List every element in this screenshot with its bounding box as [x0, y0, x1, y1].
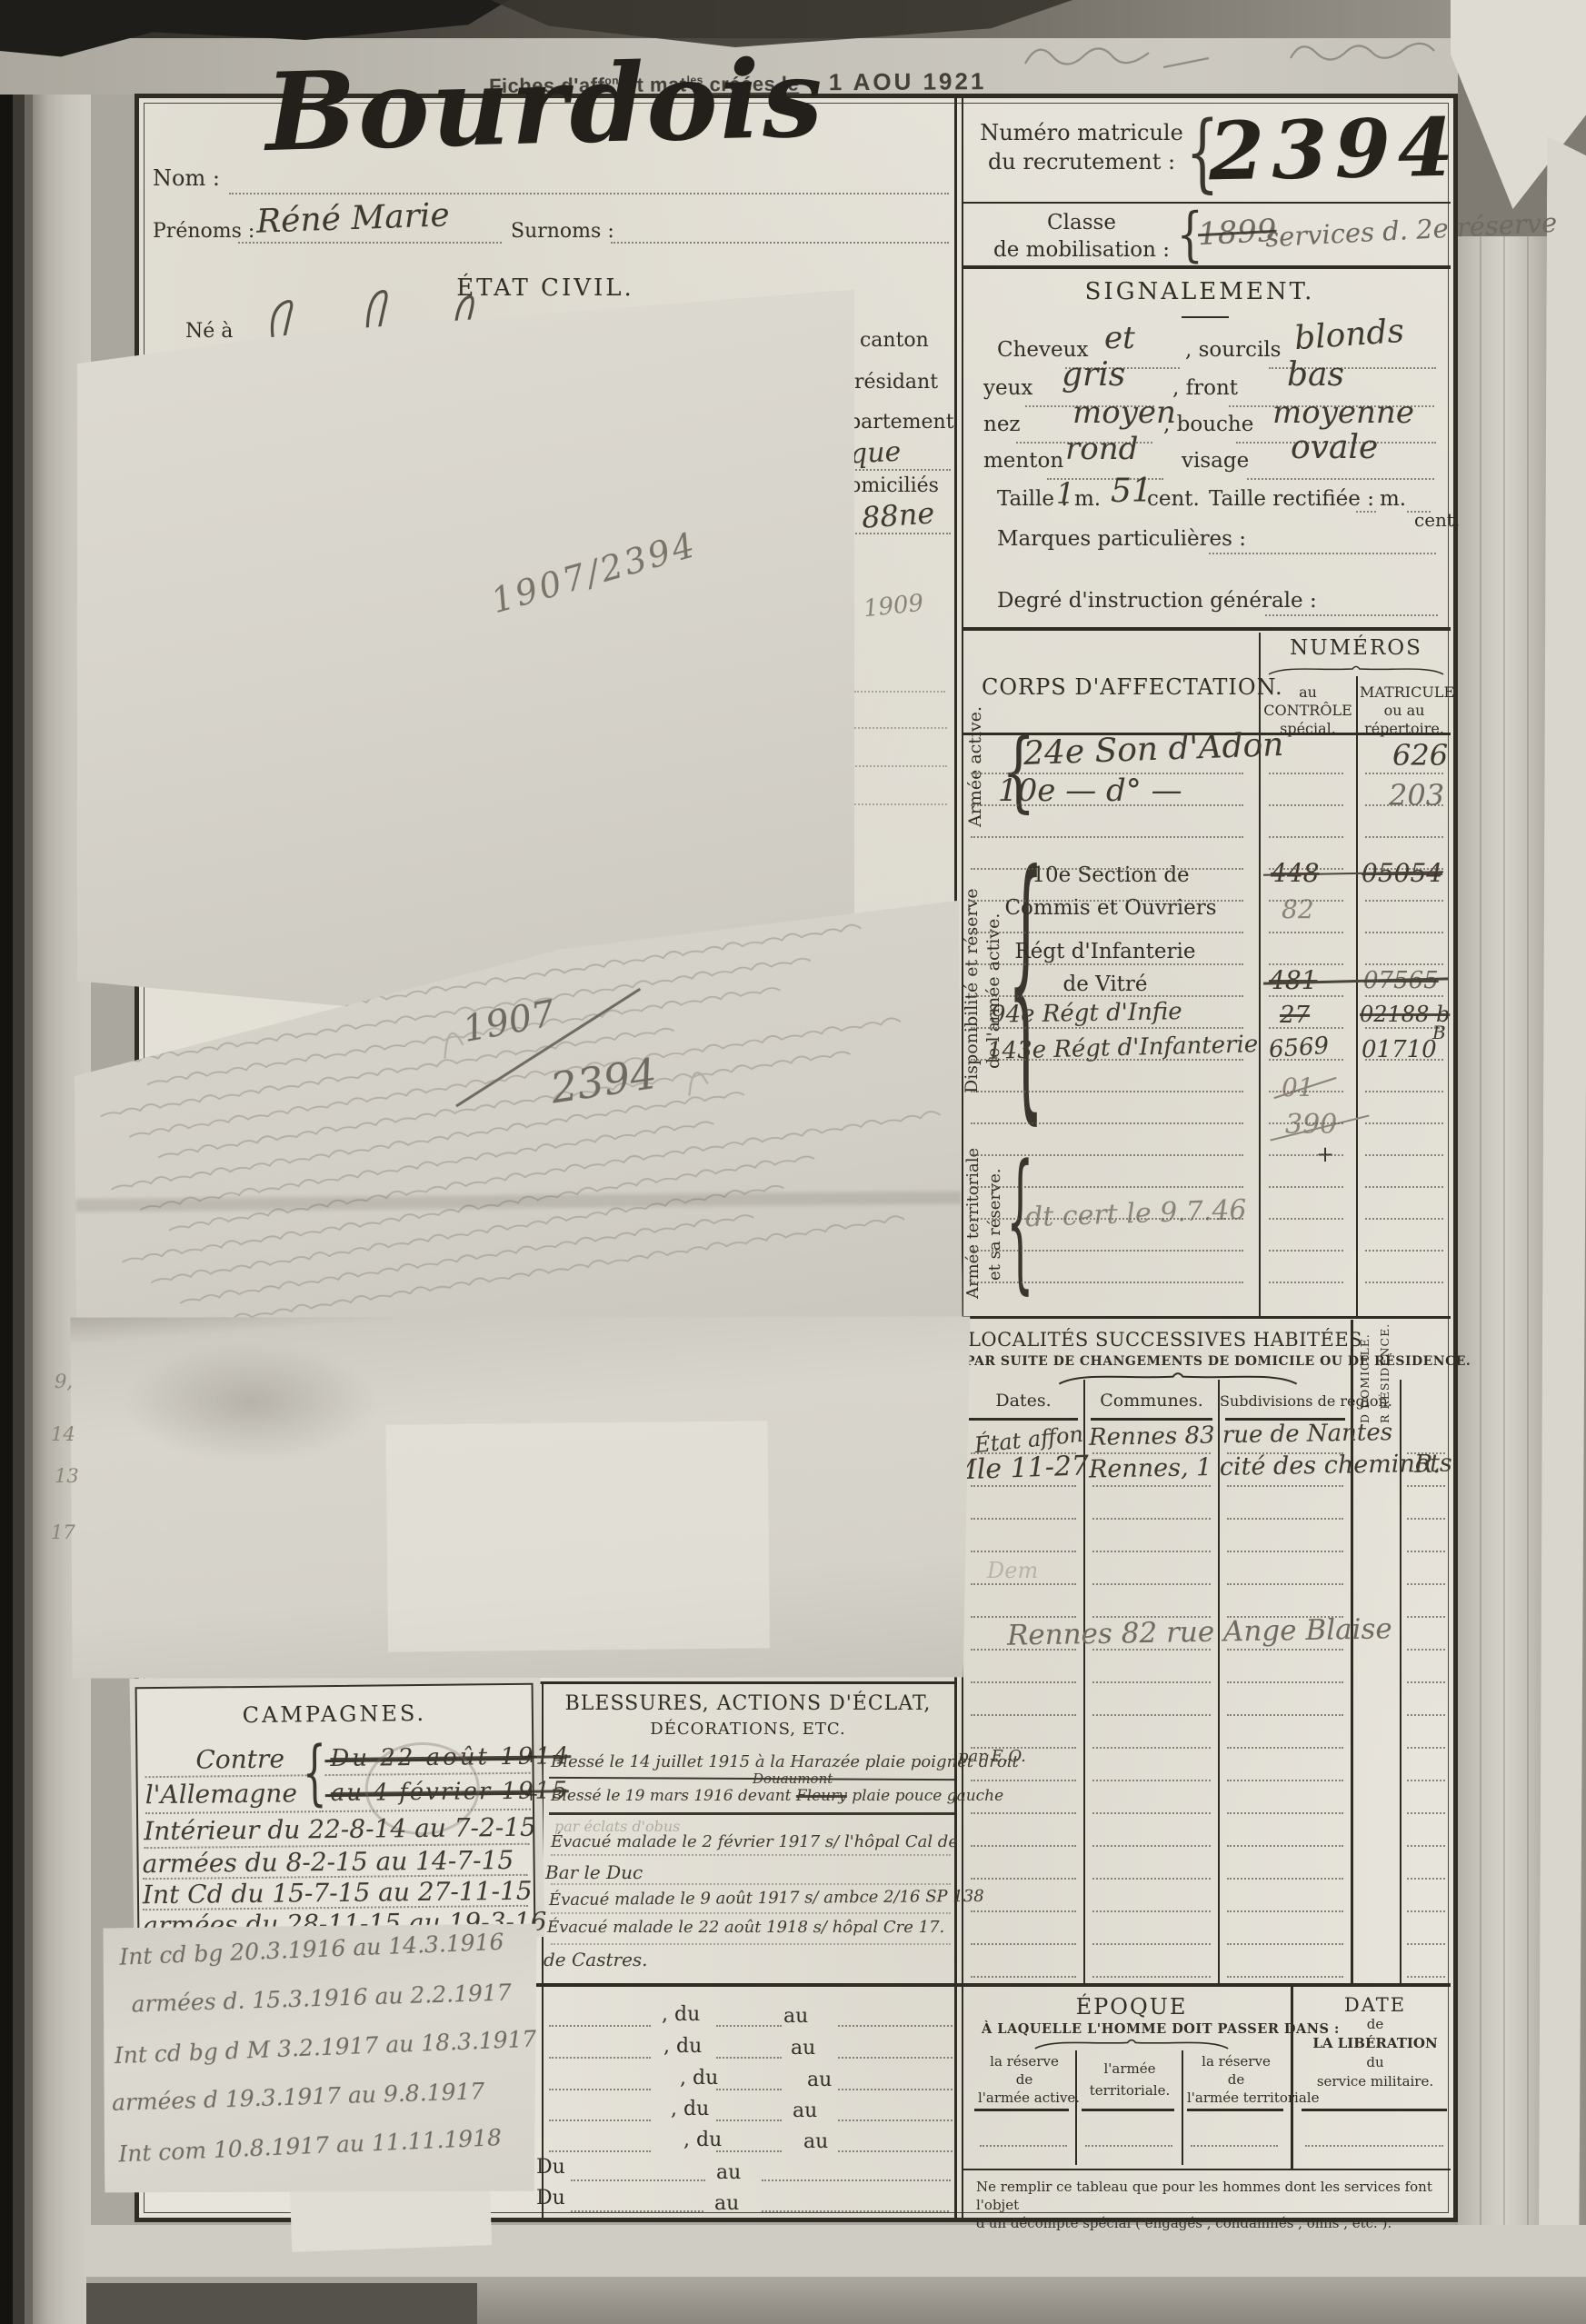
dotted-line — [1092, 1878, 1211, 1880]
blessures-line5: Évacué malade le 22 août 1918 s/ hôpal C… — [547, 1918, 944, 1937]
epoque-header-rule3 — [1187, 2109, 1283, 2111]
dotted-line — [1365, 1282, 1443, 1283]
matricule-label: Numéro matriculedu recrutement : — [977, 118, 1186, 176]
dotted-line — [1365, 1027, 1443, 1029]
dotted-line — [971, 1976, 1076, 1978]
taille-cm-unit: cent. — [1147, 487, 1200, 511]
dotted-line — [838, 2089, 953, 2090]
prenoms-value: Réné Marie — [255, 196, 450, 240]
overlay-paper-lower — [68, 1311, 971, 1685]
dotted-line — [1407, 1518, 1445, 1520]
taille-m-unit: m. — [1074, 487, 1101, 511]
dotted-line — [971, 804, 1243, 806]
duau-row3-au: au — [807, 2069, 832, 2091]
degre-line — [1265, 614, 1438, 616]
dotted-line — [971, 1154, 1243, 1156]
dotted-line — [971, 1910, 1076, 1912]
margin-mark-3: 13 — [55, 1465, 79, 1487]
dotted-line — [1365, 1186, 1443, 1188]
marques-label: Marques particulières : — [997, 527, 1246, 551]
epoque-date-divider — [1291, 1987, 1293, 2169]
dotted-line — [1092, 1681, 1211, 1683]
dotted-line — [1365, 1059, 1443, 1061]
dotted-line — [971, 1091, 1243, 1092]
dotted-line — [838, 2150, 953, 2152]
classe-label: Classede mobilisation : — [977, 209, 1186, 264]
dotted-line — [1407, 1551, 1445, 1552]
dotted-line — [1407, 1452, 1445, 1454]
taille-rect-label: Taille rectifiée : — [1209, 487, 1374, 511]
campagne-note-2: armées d. 15.3.1916 au 2.2.1917 — [131, 1979, 512, 2017]
duau-row4-du: , du — [671, 2098, 709, 2120]
localites-row2-date: Mle 11-27 — [948, 1450, 1089, 1486]
blessures-dots3 — [551, 1912, 951, 1914]
blessures-title-line1: BLESSURES, ACTIONS D'ÉCLAT, — [553, 1692, 943, 1715]
dotted-line — [1191, 2145, 1278, 2147]
localites-subtitle: PAR SUITE DE CHANGEMENTS DE DOMICILE OU … — [965, 1354, 1365, 1369]
corps-row5-controle: 27 — [1280, 1002, 1310, 1029]
dotted-line — [1227, 1845, 1343, 1847]
dotted-line — [971, 1943, 1076, 1945]
corps-bottom-rule — [962, 1316, 1451, 1319]
corps-col-line2 — [1356, 676, 1358, 1318]
dotted-line — [1269, 1186, 1343, 1188]
signalement-title-dash — [1182, 316, 1229, 318]
dotted-line — [762, 2179, 951, 2181]
yeux-value: gris — [1062, 356, 1125, 394]
blessures-line1: Blessé le 14 juillet 1915 à la Harazée p… — [551, 1752, 1019, 1771]
dotted-line — [1269, 1282, 1343, 1283]
dotted-line — [1407, 1485, 1445, 1487]
dotted-line — [1407, 1878, 1445, 1880]
dotted-line — [549, 2025, 651, 2027]
dotted-line — [1407, 1780, 1445, 1781]
corps-row6-sup: B — [1432, 1022, 1446, 1043]
dotted-line — [971, 1186, 1243, 1188]
dotted-line — [1365, 1122, 1443, 1124]
dotted-line — [1092, 1747, 1211, 1749]
campagne-note-1: Int cd bg 20.3.1916 au 14.3.1916 — [119, 1929, 504, 1970]
duau-row2-au: au — [791, 2037, 815, 2060]
dotted-line — [971, 836, 1243, 838]
epoque-col1-header: la réservedel'armée active. — [978, 2052, 1071, 2107]
yeux-label: yeux — [983, 376, 1032, 400]
dotted-line — [1365, 804, 1443, 806]
taille-rect-m-line — [1356, 511, 1376, 513]
dotted-line — [1269, 1218, 1343, 1220]
blessures-line2-sup: Douaumont — [753, 1770, 833, 1787]
epoque-top-rule — [532, 1983, 1451, 1987]
corps-title: CORPS D'AFFECTATION. — [982, 674, 1254, 700]
dotted-line — [971, 1616, 1076, 1618]
dotted-line — [1227, 1518, 1343, 1520]
dotted-line — [1092, 1780, 1211, 1781]
dotted-line — [1092, 1943, 1211, 1945]
dotted-line — [980, 2145, 1067, 2147]
blessures-line5b: de Castres. — [544, 1949, 648, 1970]
blessures-line1-margin: par E.O. — [958, 1747, 1026, 1766]
overlay-paper-lower-stain — [124, 1343, 379, 1463]
localites-header-rule2 — [1091, 1418, 1212, 1421]
dotted-line — [1365, 1218, 1443, 1220]
corps-row1-matricule: 626 — [1392, 738, 1448, 773]
dotted-line — [1092, 1583, 1211, 1585]
dotted-line — [971, 1059, 1243, 1061]
epoque-bottom-rule — [962, 2169, 1451, 2170]
campagnes-allemagne: l'Allemagne — [145, 1778, 297, 1810]
dotted-line — [1407, 1616, 1445, 1618]
dotted-line — [971, 1714, 1076, 1716]
menton-label: menton — [983, 449, 1063, 473]
dotted-line — [1407, 1812, 1445, 1814]
surname-script: Bourdois — [264, 35, 825, 175]
marques-line — [1209, 553, 1436, 554]
dotted-line — [1269, 773, 1343, 774]
dotted-line — [1227, 1452, 1343, 1454]
dotted-line — [971, 1747, 1076, 1749]
dotted-line — [971, 1027, 1243, 1029]
campagnes-line1: Intérieur du 22-8-14 au 7-2-15 — [144, 1812, 536, 1847]
blessures-dots2 — [551, 1883, 951, 1885]
blessures-line3: Évacué malade le 2 février 1917 s/ l'hôp… — [551, 1832, 958, 1851]
cheveux-value: et — [1104, 320, 1135, 356]
front-value: bas — [1287, 356, 1344, 394]
dotted-line — [1407, 1845, 1445, 1847]
nom-label: Nom : — [153, 165, 220, 191]
dotted-line — [1227, 1910, 1343, 1912]
duau-row7-au: au — [714, 2192, 739, 2215]
dotted-line — [1407, 1910, 1445, 1912]
nom-line — [229, 193, 949, 194]
dotted-line — [971, 1681, 1076, 1683]
dotted-line — [1365, 1250, 1443, 1252]
dotted-line — [1365, 1091, 1443, 1092]
dotted-line — [1269, 900, 1343, 902]
dotted-line — [1092, 1812, 1211, 1814]
dotted-line — [1227, 1551, 1343, 1552]
dotted-line — [762, 2210, 949, 2212]
dotted-line — [1365, 868, 1443, 870]
taille-m-value: 1 — [1056, 476, 1074, 511]
campagne-note-3: Int cd bg d M 3.2.1917 au 18.3.1917 — [114, 2026, 537, 2070]
dotted-line — [1227, 1485, 1343, 1487]
dotted-line — [1269, 836, 1343, 838]
dotted-line — [1407, 1583, 1445, 1585]
blessures-dots1 — [551, 1854, 951, 1856]
visage-line — [1247, 478, 1434, 480]
dotted-line — [838, 2120, 953, 2121]
front-label: , front — [1172, 376, 1238, 400]
dotted-line — [1407, 1747, 1445, 1749]
dotted-line — [971, 1583, 1076, 1585]
duau-row5-du: , du — [683, 2129, 722, 2151]
nez-value: moyen — [1072, 394, 1176, 431]
dotted-line — [971, 1878, 1076, 1880]
epoque-col2-header: l'arméeterritoriale. — [1083, 2058, 1176, 2101]
frag-dots6 — [854, 727, 947, 729]
overlay-paper-top-reference: 1907/2394 — [486, 524, 701, 622]
corps-row4-line1: Régt d'Infanterie — [996, 940, 1214, 963]
epoque-subtitle: À LAQUELLE L'HOMME DOIT PASSER DANS : — [982, 2021, 1282, 2037]
prenoms-label: Prénoms : — [153, 220, 254, 243]
sourcils-value: blonds — [1293, 313, 1406, 357]
dotted-line — [971, 1812, 1076, 1814]
margin-mark-2: 14 — [51, 1423, 75, 1445]
dotted-line — [1085, 2145, 1172, 2147]
dotted-line — [1269, 1059, 1343, 1061]
dotted-line — [971, 1485, 1076, 1487]
matricule-value: 2394 — [1208, 100, 1461, 199]
dotted-line — [971, 932, 1243, 933]
taille-rect-m-unit: m. — [1380, 487, 1406, 511]
numeros-header: NUMÉROS — [1265, 636, 1447, 660]
dotted-line — [971, 1250, 1243, 1252]
classe-bottom-rule — [963, 265, 1451, 269]
dotted-line — [1227, 1681, 1343, 1683]
dotted-line — [549, 2120, 651, 2121]
bouche-label: , bouche — [1163, 413, 1253, 436]
epoque-footnote: Ne remplir ce tableau que pour les homme… — [976, 2178, 1449, 2232]
dotted-line — [1092, 1616, 1211, 1618]
bottom-dark-left — [86, 2283, 477, 2324]
duau-row6-du: Du — [536, 2156, 565, 2179]
blessures-dots4 — [551, 1943, 951, 1945]
frag-dots5 — [854, 691, 945, 693]
dotted-line — [1407, 1943, 1445, 1945]
territoriale-label-line1: Armée territoriale — [963, 1147, 983, 1300]
duau-row4-au: au — [793, 2100, 817, 2122]
dotted-line — [1092, 1485, 1211, 1487]
campagne-note-4: armées d 19.3.1917 au 9.8.1917 — [112, 2078, 485, 2116]
corps-row3-controle2: 82 — [1282, 894, 1314, 924]
corps-row2-matricule: 203 — [1389, 778, 1444, 813]
dotted-line — [1407, 1714, 1445, 1716]
dotted-line — [549, 2150, 651, 2152]
dotted-line — [1092, 1910, 1211, 1912]
signalement-bottom-rule — [963, 627, 1451, 631]
dotted-line — [1227, 1714, 1343, 1716]
dotted-line — [971, 1518, 1076, 1520]
dotted-line — [1092, 1649, 1211, 1651]
dotted-line — [838, 2057, 953, 2059]
stamp-date: 1 AOU 1921 — [829, 67, 987, 95]
dotted-line — [1227, 1976, 1343, 1978]
dotted-line — [1227, 1649, 1343, 1651]
signalement-title: SIGNALEMENT. — [1000, 278, 1400, 305]
dotted-line — [971, 1845, 1076, 1847]
dotted-line — [1269, 995, 1343, 997]
dotted-line — [1365, 995, 1443, 997]
dotted-line — [1269, 1250, 1343, 1252]
localites-dr-label1: D DOMICILE. — [1358, 1325, 1372, 1423]
dotted-line — [1407, 1681, 1445, 1683]
dotted-line — [549, 2089, 651, 2090]
epoque-col-line2 — [1182, 2050, 1183, 2165]
dotted-line — [571, 2179, 705, 2181]
dotted-line — [571, 2210, 703, 2212]
frag-residant: , résidant — [842, 371, 938, 394]
duau-row3-du: , du — [680, 2067, 718, 2090]
taille-rect-c-unit: cent. — [1414, 509, 1460, 531]
bouche-value: moyenne — [1272, 394, 1414, 431]
localites-header-rule1 — [969, 1418, 1078, 1421]
epoque-brace — [978, 2038, 1285, 2050]
blessures-underline2 — [549, 1812, 954, 1815]
dotted-line — [971, 1649, 1076, 1651]
dotted-line — [971, 1122, 1243, 1124]
dotted-line — [1092, 1714, 1211, 1716]
frag-dots7 — [853, 765, 947, 767]
dotted-line — [1407, 1976, 1445, 1978]
numeros-brace — [1267, 663, 1445, 676]
visage-label: visage — [1182, 449, 1249, 473]
localites-brace — [982, 1371, 1374, 1385]
dotted-line — [1092, 1976, 1211, 1978]
corps-row5: 94e Régt d'Infie — [991, 998, 1182, 1029]
epoque-col-line1 — [1075, 2050, 1077, 2165]
dotted-line — [1269, 804, 1343, 806]
dotted-line — [716, 2057, 782, 2059]
dotted-line — [1092, 1845, 1211, 1847]
dotted-line — [1227, 1943, 1343, 1945]
duau-row2-du: , du — [663, 2035, 702, 2058]
epoque-header-rule4 — [1302, 2109, 1447, 2111]
dotted-line — [1365, 932, 1443, 933]
sourcils-label: , sourcils — [1185, 338, 1281, 362]
dotted-line — [549, 2057, 651, 2059]
dotted-line — [1227, 1583, 1343, 1585]
dotted-line — [1269, 1027, 1343, 1029]
blessures-line2: Blessé le 19 mars 1916 devant Fleury pla… — [551, 1787, 1003, 1805]
campagne-note-5: Int com 10.8.1917 au 11.11.1918 — [118, 2124, 503, 2167]
dotted-line — [1092, 1452, 1211, 1454]
localites-title: LOCALITÉS SUCCESSIVES HABITÉES — [965, 1329, 1365, 1351]
localites-row1-commune: Rennes 83 rue de Nantes — [1089, 1419, 1393, 1451]
dotted-line — [1269, 1154, 1343, 1156]
ne-a-label: Né à — [185, 320, 233, 343]
menton-value: rond — [1065, 431, 1138, 467]
margin-mark-4: 17 — [51, 1521, 75, 1543]
epoque-date-header: DATEdeLA LIBÉRATIONduservice militaire. — [1303, 1996, 1447, 2091]
dotted-line — [971, 1780, 1076, 1781]
blessures-margin-plus1: + — [524, 1745, 539, 1767]
dotted-line — [1407, 1649, 1445, 1651]
localites-row2-dr: R. — [1414, 1451, 1441, 1479]
dotted-line — [971, 773, 1243, 774]
frag-canton: , canton — [847, 329, 929, 352]
duau-row1-au: au — [783, 2005, 808, 2028]
dotted-line — [1269, 1091, 1343, 1092]
epoque-col3-header: la réservedel'armée territoriale — [1187, 2052, 1285, 2107]
degre-label: Degré d'instruction générale : — [997, 589, 1317, 613]
dotted-line — [971, 1218, 1243, 1220]
dotted-line — [1227, 1616, 1343, 1618]
dotted-line — [971, 995, 1243, 997]
duau-row7-du: Du — [536, 2187, 565, 2209]
localites-col-subdiv: Subdivisions de région. — [1220, 1392, 1349, 1410]
localites-col-communes: Communes. — [1091, 1391, 1212, 1411]
dotted-line — [971, 1551, 1076, 1552]
dotted-line — [1269, 963, 1343, 965]
dotted-line — [1227, 1780, 1343, 1781]
duau-row5-au: au — [803, 2130, 828, 2153]
overlay-paper-lower-patch — [385, 1421, 770, 1651]
dotted-line — [971, 1452, 1076, 1454]
dotted-line — [1269, 932, 1343, 933]
territoriale-label-line2: et sa réserve. — [985, 1158, 1004, 1291]
campagnes-box: CAMPAGNES. Contre l'Allemagne { Du 22 ao… — [135, 1683, 536, 1940]
epoque-title: ÉPOQUE — [982, 1994, 1282, 2020]
localites-row3-pencil: Dem — [987, 1558, 1038, 1583]
dotted-line — [1305, 2145, 1443, 2147]
visage-value: ovale — [1291, 429, 1378, 466]
epoque-header-rule1 — [974, 2109, 1069, 2111]
corps-row2: 10e — d° — — [998, 773, 1182, 809]
prenoms-line — [238, 242, 502, 244]
dotted-line — [1365, 900, 1443, 902]
dotted-line — [716, 2089, 782, 2090]
localites-row4: Rennes 82 rue Ange Blaise — [1007, 1612, 1392, 1651]
dotted-line — [971, 963, 1243, 965]
dotted-line — [1365, 773, 1443, 774]
matricule-col-header: MATRICULEou aurépertoire. — [1360, 683, 1449, 738]
scanned-military-register-page: Fiches d'affon et matles créées le 1 AOU… — [0, 0, 1586, 2324]
dotted-line — [1092, 1551, 1211, 1552]
matricule-separator — [963, 202, 1451, 204]
dotted-line — [1227, 1812, 1343, 1814]
epoque-header-rule2 — [1082, 2109, 1174, 2111]
taille-cm-value: 51 — [1111, 473, 1152, 510]
overlay-paper-bottom: Int cd bg 20.3.1916 au 14.3.1916 armées … — [99, 1919, 544, 2201]
blessures-line4: Évacué malade le 9 août 1917 s/ ambce 2/… — [549, 1887, 984, 1910]
duau-row6-au: au — [716, 2161, 741, 2184]
dotted-line — [716, 2025, 782, 2027]
dotted-line — [1092, 1518, 1211, 1520]
dotted-line — [1269, 868, 1343, 870]
dotted-line — [971, 1282, 1243, 1283]
dotted-line — [716, 2120, 782, 2121]
margin-mark-1: 9, — [55, 1371, 73, 1392]
dotted-line — [1269, 1122, 1343, 1124]
corps-row3-line1: 10e Section de — [1002, 863, 1220, 887]
frag-dots8 — [851, 803, 947, 805]
nez-label: nez — [983, 413, 1021, 436]
localites-col-dates: Dates. — [971, 1391, 1076, 1411]
localites-dr-label2: R RÉSIDENCE. — [1378, 1325, 1391, 1423]
dotted-line — [971, 868, 1243, 870]
surnoms-label: Surnoms : — [511, 220, 614, 243]
campagnes-title: CAMPAGNES. — [137, 1700, 532, 1730]
dispo-label-line1: Disponibilité et réserve — [962, 850, 982, 1132]
blessures-title-line2: DÉCORATIONS, ETC. — [553, 1720, 943, 1739]
dotted-line — [1365, 836, 1443, 838]
dotted-line — [1227, 1878, 1343, 1880]
blessures-margin-plus2: + — [524, 1783, 539, 1805]
surnoms-line — [611, 242, 949, 244]
corps-row4-line2: de Vitré — [996, 972, 1214, 996]
blessures-line3b: Bar le Duc — [545, 1861, 643, 1883]
dotted-line — [838, 2025, 953, 2027]
top-right-scrawl — [1018, 31, 1491, 78]
dotted-line — [1365, 963, 1443, 965]
dotted-line — [1227, 1747, 1343, 1749]
campagnes-contre: Contre — [195, 1744, 284, 1775]
dotted-line — [716, 2150, 782, 2152]
frag-handwriting2: 88ne — [861, 495, 936, 535]
dotted-line — [971, 900, 1243, 902]
duau-row1-du: , du — [662, 2003, 700, 2026]
campagnes-brace: { — [302, 1738, 326, 1809]
